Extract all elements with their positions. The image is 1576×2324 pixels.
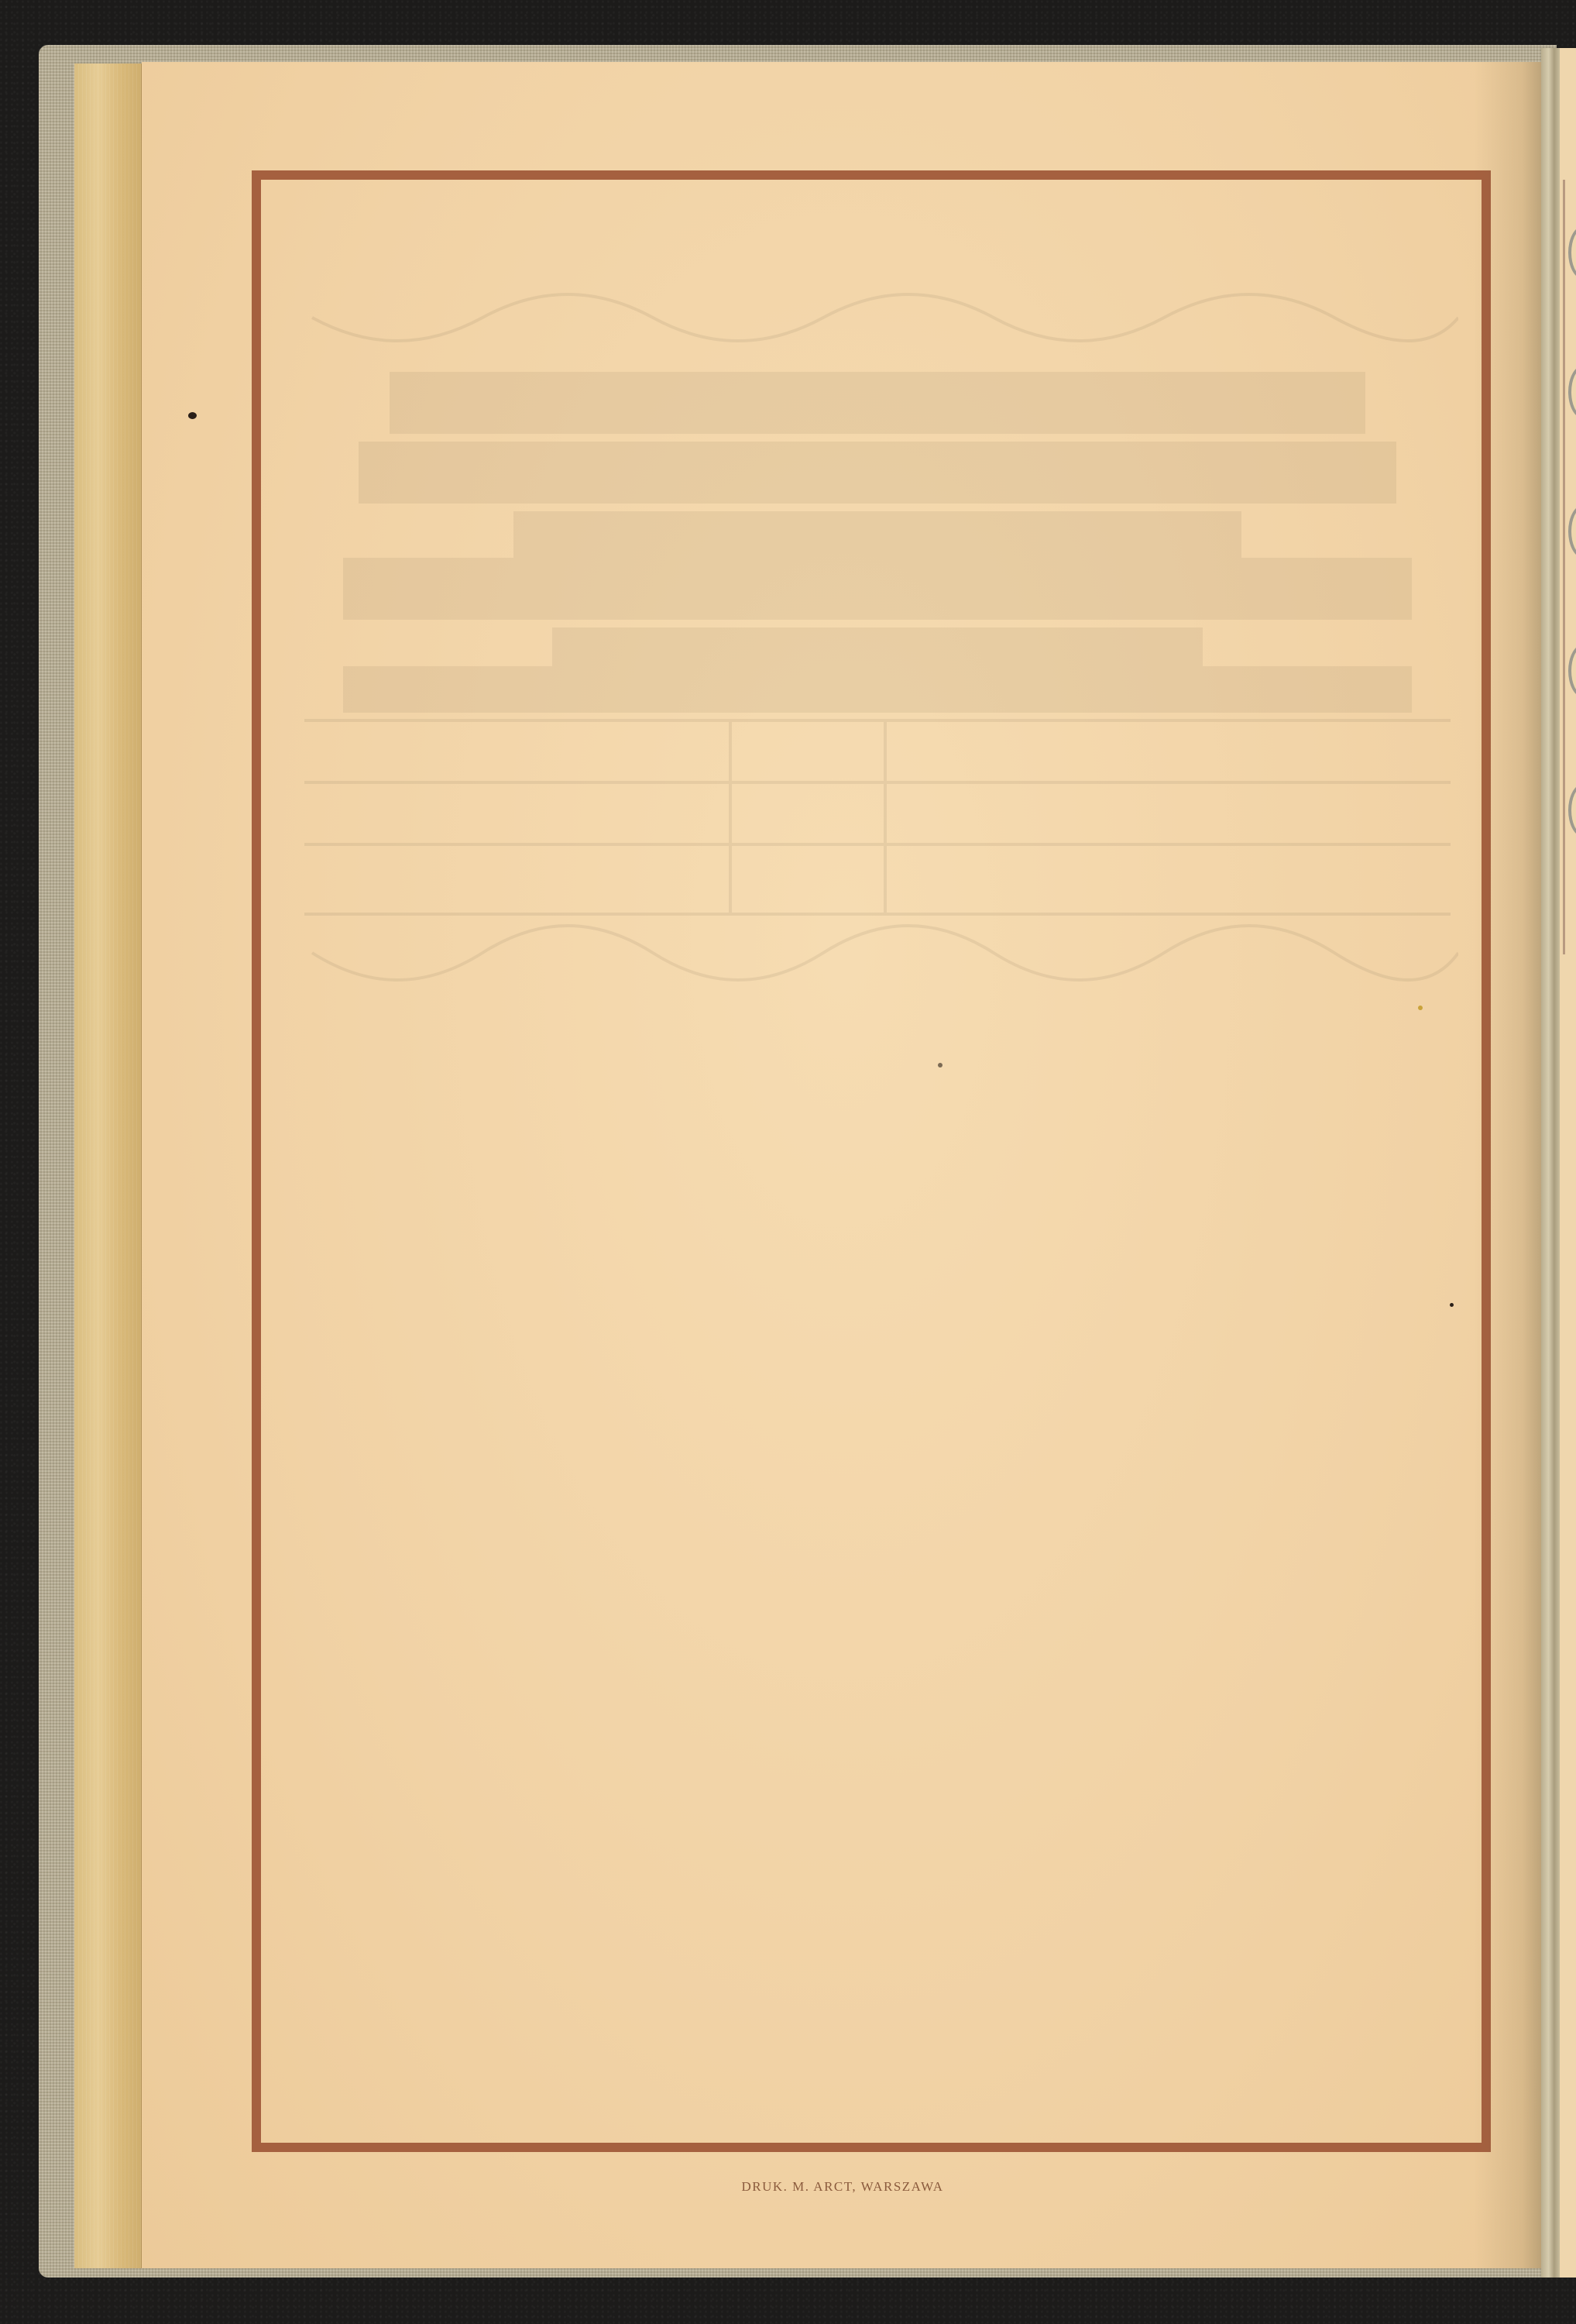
ink-speck bbox=[938, 1063, 943, 1067]
printer-imprint: DRUK. M. ARCT, WARSZAWA bbox=[142, 2179, 1543, 2195]
page-fore-edge bbox=[74, 64, 142, 2268]
ink-speck bbox=[188, 412, 197, 419]
facing-page-edge bbox=[1560, 48, 1576, 2278]
book-page: DRUK. M. ARCT, WARSZAWA bbox=[142, 62, 1543, 2268]
book-gutter bbox=[1541, 48, 1560, 2278]
decorative-border-frame bbox=[252, 170, 1491, 2152]
ink-speck bbox=[1450, 1303, 1454, 1307]
gutter-shadow bbox=[1474, 62, 1543, 2268]
facing-page-ornament bbox=[1563, 180, 1576, 954]
ink-speck bbox=[1418, 1006, 1423, 1010]
